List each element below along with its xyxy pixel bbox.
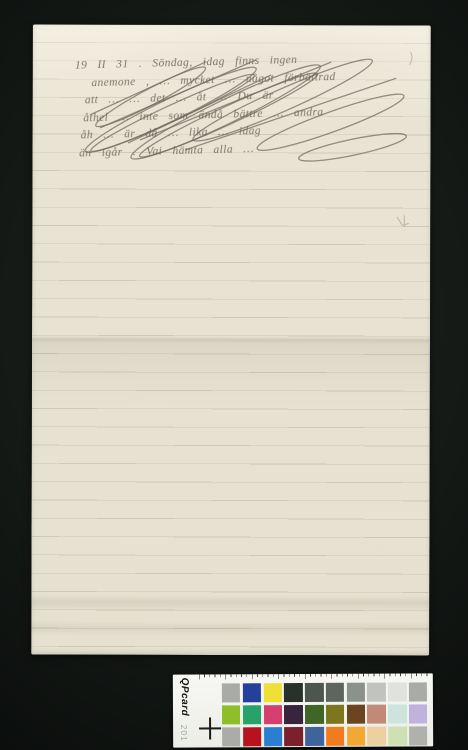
color-patch [284,727,302,746]
color-patch [243,705,261,724]
color-patch [326,683,344,702]
color-patch [264,727,282,746]
color-patch [263,683,281,702]
color-patch [305,727,323,746]
color-patch [409,682,427,701]
color-patch [388,704,406,723]
color-patch [264,705,282,724]
color-patch [347,705,365,724]
color-patch [368,727,386,746]
card-brand: QPcard [179,678,190,717]
color-patch [222,683,240,702]
color-patch [243,727,261,746]
color-patch [222,727,240,746]
ruler-scale-icon [199,673,431,680]
manuscript-page: 19 II 31 . Söndag, idag finns ingenanemo… [31,24,431,655]
color-patch [243,683,261,702]
card-label: QPcard 201 [175,678,193,744]
handwritten-text-block: 19 II 31 . Söndag, idag finns ingenanemo… [75,49,430,163]
color-patch [367,683,385,702]
color-reference-card: QPcard 201 [173,673,433,747]
color-patch-grid [222,682,428,746]
color-patch [305,705,323,724]
color-patch [284,705,302,724]
color-patch [409,704,427,723]
color-patch [367,705,385,724]
color-patch [388,726,406,745]
color-patch [284,683,302,702]
color-patch [347,683,365,702]
registration-cross-icon [199,717,221,739]
color-patch [347,727,365,746]
photograph-scene: 19 II 31 . Söndag, idag finns ingenanemo… [0,0,468,750]
color-patch [409,726,427,745]
color-patch [388,682,406,701]
color-patch [326,705,344,724]
color-patch [305,683,323,702]
card-model: 201 [179,725,189,742]
color-patch [222,705,240,724]
color-patch [326,727,344,746]
